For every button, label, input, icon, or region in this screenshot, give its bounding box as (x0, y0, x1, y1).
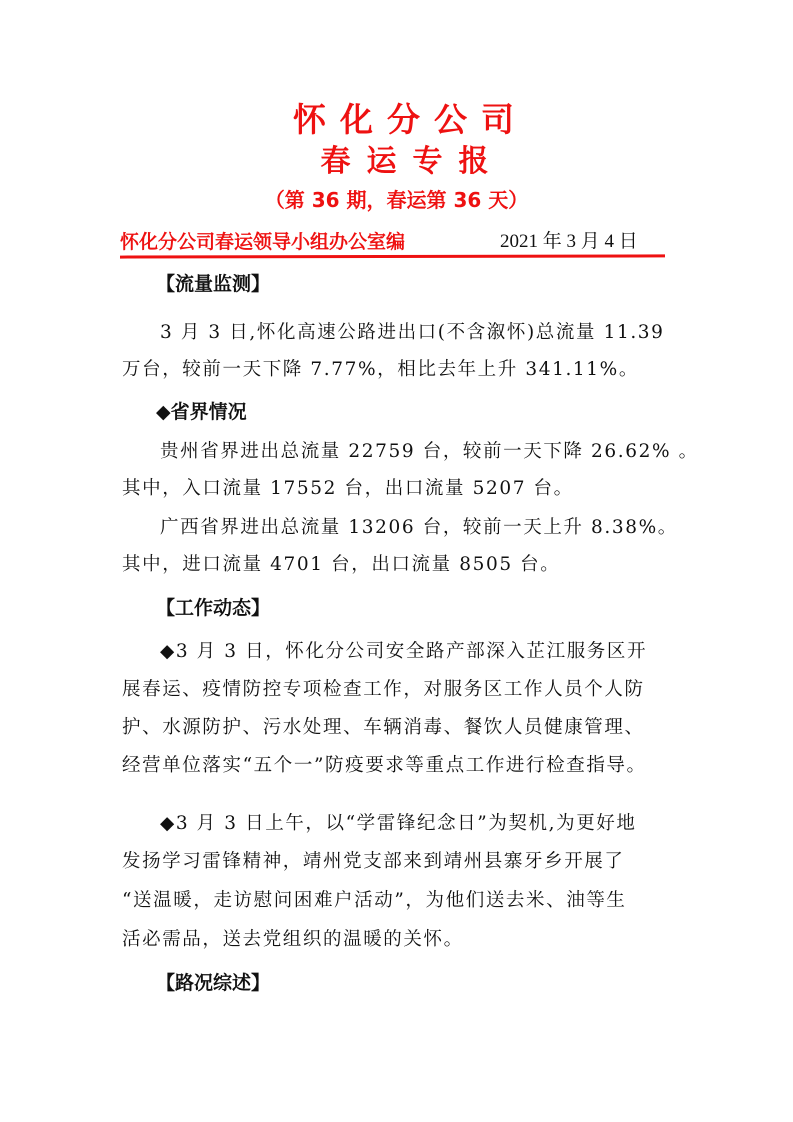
publish-date: 2021 年 3 月 4 日 (500, 230, 638, 254)
paragraph-line: “送温暖，走访慰问困难户活动”，为他们送去米、油等生 (122, 889, 627, 913)
paragraph-line: 贵州省界进出总流量 22759 台，较前一天下降 26.62% 。 (160, 440, 699, 464)
section-heading-work-updates: 【工作动态】 (156, 596, 270, 620)
section-heading-road-summary: 【路况综述】 (156, 971, 270, 995)
company-title: 怀化分公司 (0, 100, 793, 140)
paragraph-line: 3 月 3 日,怀化高速公路进出口(不含溆怀)总流量 11.39 (160, 321, 665, 345)
paragraph-line: ◆3 月 3 日，怀化分公司安全路产部深入芷江服务区开 (160, 640, 647, 664)
paragraph-line: 万台，较前一天下降 7.77%，相比去年上升 341.11%。 (122, 358, 639, 382)
paragraph-line: 其中，进口流量 4701 台，出口流量 8505 台。 (122, 553, 560, 577)
section-heading-provincial-border: ◆省界情况 (156, 400, 247, 424)
paragraph-line: 活必需品，送去党组织的温暖的关怀。 (122, 928, 464, 952)
paragraph-line: ◆3 月 3 日上午，以“学雷锋纪念日”为契机,为更好地 (160, 812, 637, 836)
paragraph-line: 护、水源防护、污水处理、车辆消毒、餐饮人员健康管理、 (122, 716, 645, 740)
paragraph-line: 其中，入口流量 17552 台，出口流量 5207 台。 (122, 477, 574, 501)
issue-number: （第 36 期，春运第 36 天） (0, 187, 793, 213)
paragraph-line: 经营单位落实“五个一”防疫要求等重点工作进行检查指导。 (122, 754, 647, 778)
editor-office: 怀化分公司春运领导小组办公室编 (120, 230, 405, 254)
paragraph-line: 发扬学习雷锋精神，靖州党支部来到靖州县寨牙乡开展了 (122, 850, 625, 874)
header-divider (120, 254, 665, 258)
report-title: 春运专报 (0, 143, 793, 181)
paragraph-line: 展春运、疫情防控专项检查工作，对服务区工作人员个人防 (122, 678, 645, 702)
section-heading-traffic-monitoring: 【流量监测】 (156, 272, 270, 296)
paragraph-line: 广西省界进出总流量 13206 台，较前一天上升 8.38%。 (160, 516, 678, 540)
